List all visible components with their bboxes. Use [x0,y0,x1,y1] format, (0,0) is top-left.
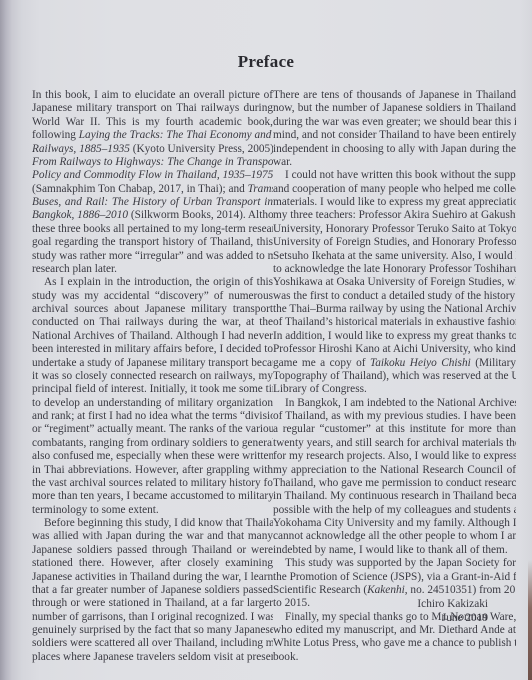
text-line: soldiers were scattered all over Thailan… [32,637,273,650]
text-line: of Thailand’s historical materials in ex… [273,316,516,329]
text-line: and rank; at first I had no idea what th… [32,410,273,423]
text-line: number of garrisons, than I original rec… [32,611,273,624]
text-line: In addition, I would like to express my … [273,330,516,343]
text-line: through or were stationed in Thailand, a… [32,597,273,610]
text-line: conducted on Thai railways during the wa… [32,316,273,329]
text-line: now, but the number of Japanese soldiers… [273,102,516,115]
text-line: the vast archival sources related to mil… [32,477,273,490]
text-line: Library of Congress. [273,383,516,396]
text-line: study was rather more “irregular” and wa… [32,250,273,263]
text-line: study was my accidental “discovery” of n… [32,290,273,303]
text-line: a regular “customer” at this institute f… [273,423,516,436]
text-line: Scientific Research (Kakenhi, no. 245103… [273,584,516,597]
text-line: the Thai–Burma railway by using the Nati… [273,303,516,316]
text-line: National Archives of Thailand. Although … [32,330,273,343]
text-line: In Bangkok, I am indebted to the Nationa… [273,397,516,410]
text-line: places where Japanese travelers seldom v… [32,651,273,664]
signature: Ichiro Kakizaki June 2019 [417,597,488,625]
text-line: Topography of Thailand), which was reser… [273,370,516,383]
text-line: I could not have written this book witho… [273,169,516,182]
text-line: undertake a study of Japanese military t… [32,357,273,370]
text-line: Setsuho Ikehata at the same university. … [273,250,516,263]
book-page: Preface In this book, I aim to elucidate… [0,0,532,680]
text-line: my three teachers: Professor Akira Suehi… [273,209,516,222]
text-line: Japanese military transport on Thai rail… [32,102,273,115]
text-line: possible with the help of my colleagues … [273,504,516,517]
text-line: cannot acknowledge all the other people … [273,530,516,543]
text-line: stationed there. However, after closely … [32,557,273,570]
text-line: combatants, ranging from ordinary soldie… [32,437,273,450]
text-line: archival sources about Japanese military… [32,303,273,316]
text-line: who edited my manuscript, and Mr. Dietha… [273,624,516,637]
text-line: to acknowledge the late Honorary Profess… [273,263,516,276]
text-line: From Railways to Highways: The Change in… [32,156,273,169]
text-line: book. [273,651,516,664]
text-line: University of Foreign Studies, and Honor… [273,236,516,249]
text-line: Japanese activities in Thailand during t… [32,571,273,584]
text-line: more than ten years, I became accustomed… [32,490,273,503]
text-line: research plan later. [32,263,273,276]
text-line: of Thailand, as with my previous studies… [273,410,516,423]
right-text-column: There are tens of thousands of Japanese … [273,89,516,664]
text-line: that a far greater number of Japanese so… [32,584,273,597]
text-line: game me a copy of Taikoku Heiyo Chishi (… [273,357,516,370]
text-line: and cooperation of many people who helpe… [273,183,516,196]
text-line: my appreciation to the National Research… [273,464,516,477]
text-line: World War II. This is my fourth academic… [32,116,273,129]
text-line: independent in choosing to ally with Jap… [273,143,516,156]
text-line: University, Honorary Professor Teruko Sa… [273,223,516,236]
text-line: was allied with Japan during the war and… [32,530,273,543]
text-line: twenty years, and still search for archi… [273,437,516,450]
text-line: the Promotion of Science (JSPS), via a G… [273,571,516,584]
page-edge [528,560,532,680]
text-line: goal regarding the transport history of … [32,236,273,249]
text-line: been interested in military affairs befo… [32,343,273,356]
text-line: principal field of interest. Initially, … [32,383,273,396]
text-line: Policy and Commodity Flow in Thailand, 1… [32,169,273,182]
page-title: Preface [0,52,532,72]
text-line: for my research projects. Also, I would … [273,450,516,463]
text-line: Thailand, who gave me permission to cond… [273,477,516,490]
text-line: Bangkok, 1886–2010 (Silkworm Books, 2014… [32,209,273,222]
text-line: also confused me, especially when these … [32,450,273,463]
text-line: indebted by name, I would like to thank … [273,544,516,557]
text-line: (Samnakphim Ton Chabap, 2017, in Thai); … [32,183,273,196]
text-line: This study was supported by the Japan So… [273,557,516,570]
text-line: There are tens of thousands of Japanese … [273,89,516,102]
text-line: Professor Hiroshi Kano at Aichi Universi… [273,343,516,356]
text-line: As I explain in the introduction, the or… [32,276,273,289]
text-line: to develop an understanding of military … [32,397,273,410]
text-line: terminology to some extent. [32,504,273,517]
text-line: following Laying the Tracks: The Thai Ec… [32,129,273,142]
text-line: during the war was even greater; we shou… [273,116,516,129]
text-line: Before beginning this study, I did know … [32,517,273,530]
text-line: Railways, 1885–1935 (Kyoto University Pr… [32,143,273,156]
text-line: Yokohama City University and my family. … [273,517,516,530]
text-line: mind, and not consider Thailand to have … [273,129,516,142]
text-line: genuinely surprised by the fact that so … [32,624,273,637]
text-line: Japanese soldiers passed through Thailan… [32,544,273,557]
text-line: war. [273,156,516,169]
left-text-column: In this book, I aim to elucidate an over… [32,89,273,664]
text-line: Yoshikawa at Osaka University of Foreign… [273,276,516,289]
text-line: White Lotus Press, who gave me a chance … [273,637,516,650]
text-line: in Thai abbreviations. However, after gr… [32,464,273,477]
text-line: it was so closely connected research on … [32,370,273,383]
text-line: in Thailand. My continuous research in T… [273,490,516,503]
text-line: was the first to conduct a detailed stud… [273,290,516,303]
signature-date: June 2019 [417,611,488,625]
text-line: In this book, I aim to elucidate an over… [32,89,273,102]
text-line: Buses, and Rail: The History of Urban Tr… [32,196,273,209]
text-line: materials. I would like to express my gr… [273,196,516,209]
text-line: or “regiment” actually meant. The ranks … [32,423,273,436]
author-name: Ichiro Kakizaki [417,597,488,611]
text-line: these three books all pertained to my lo… [32,223,273,236]
